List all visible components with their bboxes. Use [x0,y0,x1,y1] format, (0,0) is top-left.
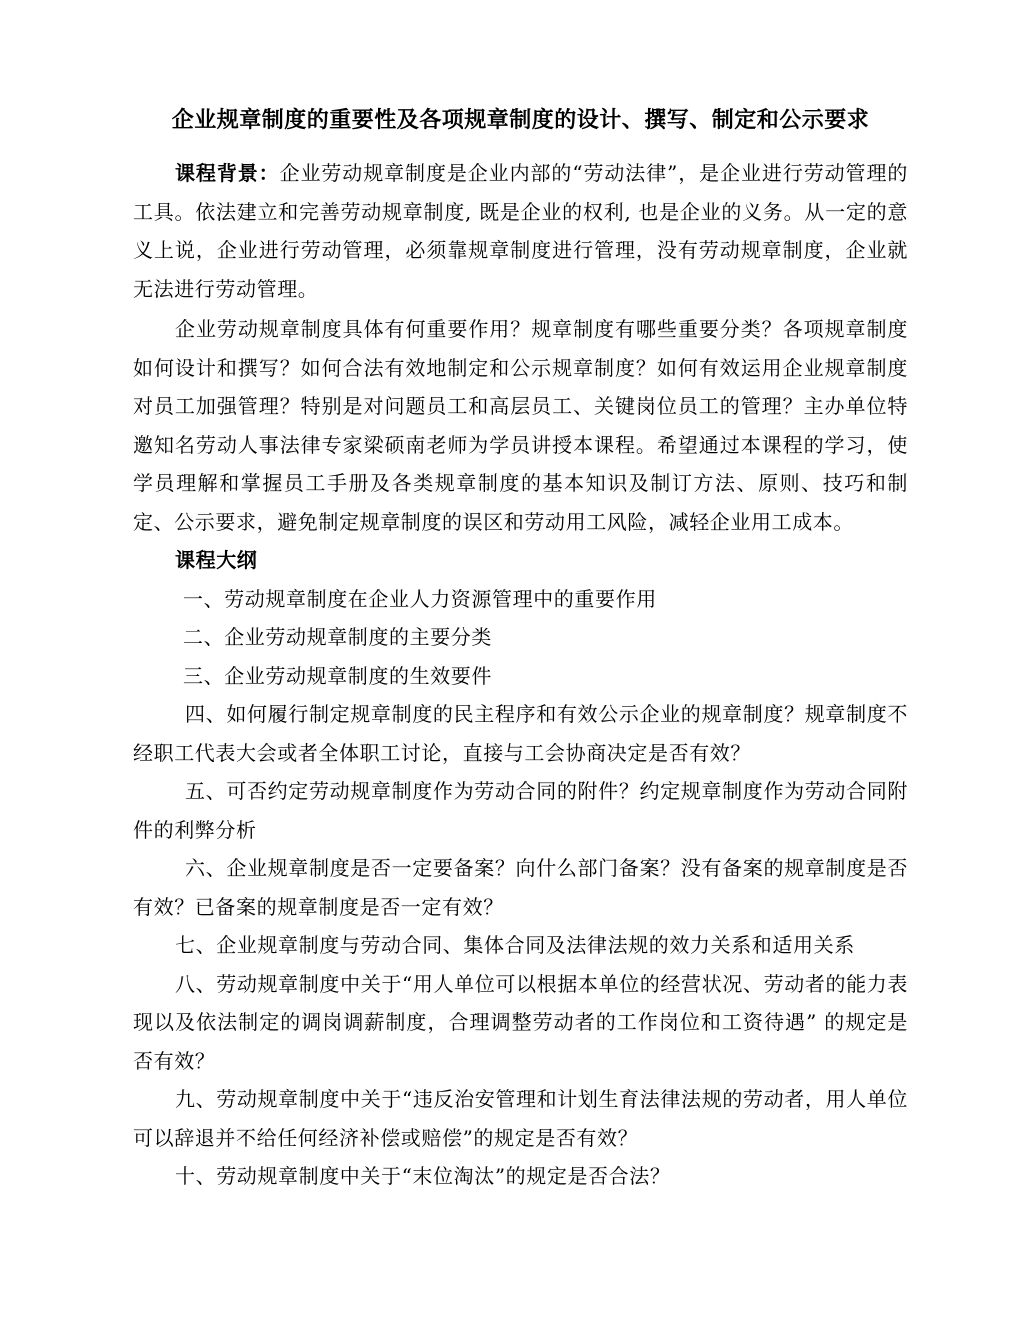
outline-item: 七、企业规章制度与劳动合同、集体合同及法律法规的效力关系和适用关系 [133,926,908,965]
outline-list: 一、劳动规章制度在企业人力资源管理中的重要作用 二、企业劳动规章制度的主要分类 … [133,580,908,1196]
document-title: 企业规章制度的重要性及各项规章制度的设计、撰写、制定和公示要求 [133,100,908,140]
background-label: 课程背景： [175,161,280,185]
intro-paragraph: 企业劳动规章制度具体有何重要作用？规章制度有哪些重要分类？各项规章制度如何设计和… [133,310,908,541]
outline-item: 九、劳动规章制度中关于“违反治安管理和计划生育法律法规的劳动者，用人单位可以辞退… [133,1080,908,1157]
background-paragraph: 课程背景：企业劳动规章制度是企业内部的“劳动法律”，是企业进行劳动管理的工具。依… [133,154,908,308]
outline-item: 三、企业劳动规章制度的生效要件 [133,657,908,696]
outline-item: 六、企业规章制度是否一定要备案？向什么部门备案？没有备案的规章制度是否有效？已备… [133,849,908,926]
outline-item: 八、劳动规章制度中关于“用人单位可以根据本单位的经营状况、劳动者的能力表现以及依… [133,965,908,1081]
outline-item: 五、可否约定劳动规章制度作为劳动合同的附件？约定规章制度作为劳动合同附件的利弊分… [133,772,908,849]
outline-item: 二、企业劳动规章制度的主要分类 [133,618,908,657]
outline-item: 四、如何履行制定规章制度的民主程序和有效公示企业的规章制度？规章制度不经职工代表… [133,695,908,772]
document-page: 企业规章制度的重要性及各项规章制度的设计、撰写、制定和公示要求 课程背景：企业劳… [133,100,908,1196]
outline-item: 十、劳动规章制度中关于“末位淘汰”的规定是否合法？ [133,1157,908,1196]
outline-heading: 课程大纲 [133,541,908,580]
outline-item: 一、劳动规章制度在企业人力资源管理中的重要作用 [133,580,908,619]
